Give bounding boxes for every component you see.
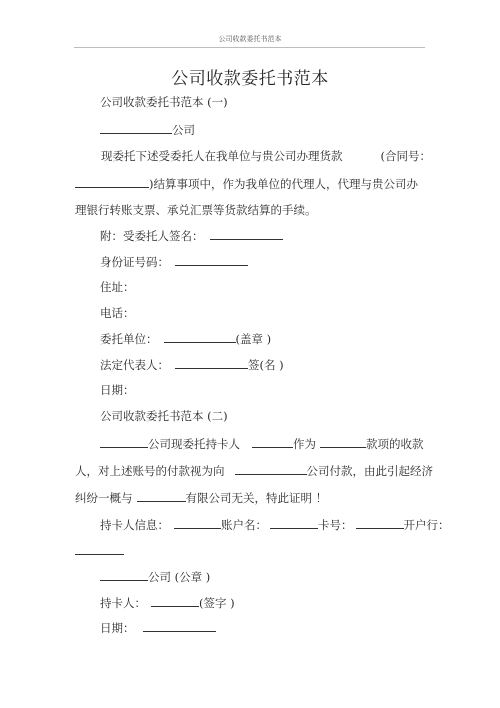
card-number-label: 卡号： <box>318 518 353 532</box>
legal-rep-blank[interactable] <box>175 357 248 369</box>
cardholder-info-row: 持卡人信息：账户名：卡号：开户行： <box>100 517 450 532</box>
cardholder-sign-row: 持卡人：(签字 ) <box>100 595 235 610</box>
cardholder-info-blank[interactable] <box>174 517 221 529</box>
cardholder-sign-suffix: (签字 ) <box>199 596 235 610</box>
id-number-label: 身份证号码： <box>100 255 169 269</box>
contract-no-label: (合同号： <box>381 149 432 163</box>
unit-row: 委托单位：(盖章 ) <box>100 331 271 346</box>
address-row: 住址： <box>100 280 135 294</box>
template1-heading: 公司收款委托书范本 (一) <box>100 95 228 109</box>
addressee-company-blank[interactable] <box>100 122 172 134</box>
line1-text-b: 作为 <box>293 437 316 451</box>
legal-rep-label: 法定代表人： <box>100 358 169 372</box>
unit-blank[interactable] <box>164 331 236 343</box>
template1-para-line3: 理银行转账支票、承兑汇票等货款结算的手续。 <box>75 203 317 217</box>
date-blank[interactable] <box>143 620 216 632</box>
seal-company-blank[interactable] <box>100 569 148 581</box>
payment-item-blank[interactable] <box>320 436 366 448</box>
unit-label: 委托单位： <box>100 332 158 346</box>
template2-heading: 公司收款委托书范本 (二) <box>100 409 228 423</box>
document-title: 公司收款委托书范本 <box>0 64 500 89</box>
line3-text-b: 有限公司无关，特此证明 ！ <box>186 491 328 505</box>
legal-rep-suffix: 签(名 ) <box>248 358 284 372</box>
document-page: 公司收款委托书范本 公司收款委托书范本 公司收款委托书范本 (一) 公司 现委托… <box>0 0 500 708</box>
legal-rep-row: 法定代表人：签(名 ) <box>100 357 284 372</box>
bank-continuation-row <box>75 543 124 558</box>
account-name-blank[interactable] <box>270 517 318 529</box>
template2-line2: 人，对上述账号的付款视为向公司付款，由此引起经济 <box>75 463 433 478</box>
company-seal-row: 公司 (公章 ) <box>100 569 210 584</box>
para-line1-text: 现委托下述受委托人在我单位与贵公司办理货款 <box>101 149 343 163</box>
date-label: 日期： <box>100 621 135 635</box>
phone-row: 电话： <box>100 306 135 320</box>
signature-label: 附：受委托人签名： <box>100 229 204 243</box>
cardholder-label: 持卡人： <box>100 596 146 610</box>
id-number-blank[interactable] <box>175 254 248 266</box>
template2-line1: 公司现委托持卡人作为款项的收款 <box>100 436 424 451</box>
para-line2-text: )结算事项中，作为我单位的代理人，代理与贵公司办 <box>149 177 418 191</box>
bank-blank[interactable] <box>75 543 124 555</box>
unit-seal-suffix: (盖章 ) <box>236 332 272 346</box>
payee-company-blank[interactable] <box>235 463 307 475</box>
cardholder-info-label: 持卡人信息： <box>100 518 169 532</box>
template2-line3: 纠纷一概与有限公司无关，特此证明 ！ <box>75 490 327 505</box>
signature-row: 附：受委托人签名： <box>100 228 283 243</box>
header-divider <box>74 47 425 48</box>
company-blank-1[interactable] <box>100 436 148 448</box>
addressee-suffix: 公司 <box>172 123 195 137</box>
signature-blank[interactable] <box>210 228 283 240</box>
running-header: 公司收款委托书范本 <box>0 34 500 44</box>
card-number-blank[interactable] <box>356 517 404 529</box>
template1-para-line1: 现委托下述受委托人在我单位与贵公司办理货款(合同号： <box>101 149 431 163</box>
template1-addressee: 公司 <box>100 122 195 137</box>
template2-date-row: 日期： <box>100 620 216 635</box>
contract-no-blank[interactable] <box>75 176 149 188</box>
company-seal-suffix: 公司 (公章 ) <box>148 570 210 584</box>
line2-text-a: 人，对上述账号的付款视为向 <box>75 464 225 478</box>
id-number-row: 身份证号码： <box>100 254 248 269</box>
cardholder-sign-blank[interactable] <box>151 595 199 607</box>
bank-label: 开户行： <box>404 518 450 532</box>
line1-text-a: 公司现委托持卡人 <box>148 437 240 451</box>
line1-text-c: 款项的收款 <box>366 437 424 451</box>
line3-text-a: 纠纷一概与 <box>75 491 133 505</box>
template1-para-line2: )结算事项中，作为我单位的代理人，代理与贵公司办 <box>75 176 418 191</box>
line2-text-b: 公司付款，由此引起经济 <box>307 464 434 478</box>
limited-company-blank[interactable] <box>137 490 186 502</box>
template1-date-row: 日期： <box>100 383 135 397</box>
account-name-label: 账户名： <box>221 518 267 532</box>
cardholder-blank[interactable] <box>252 436 293 448</box>
